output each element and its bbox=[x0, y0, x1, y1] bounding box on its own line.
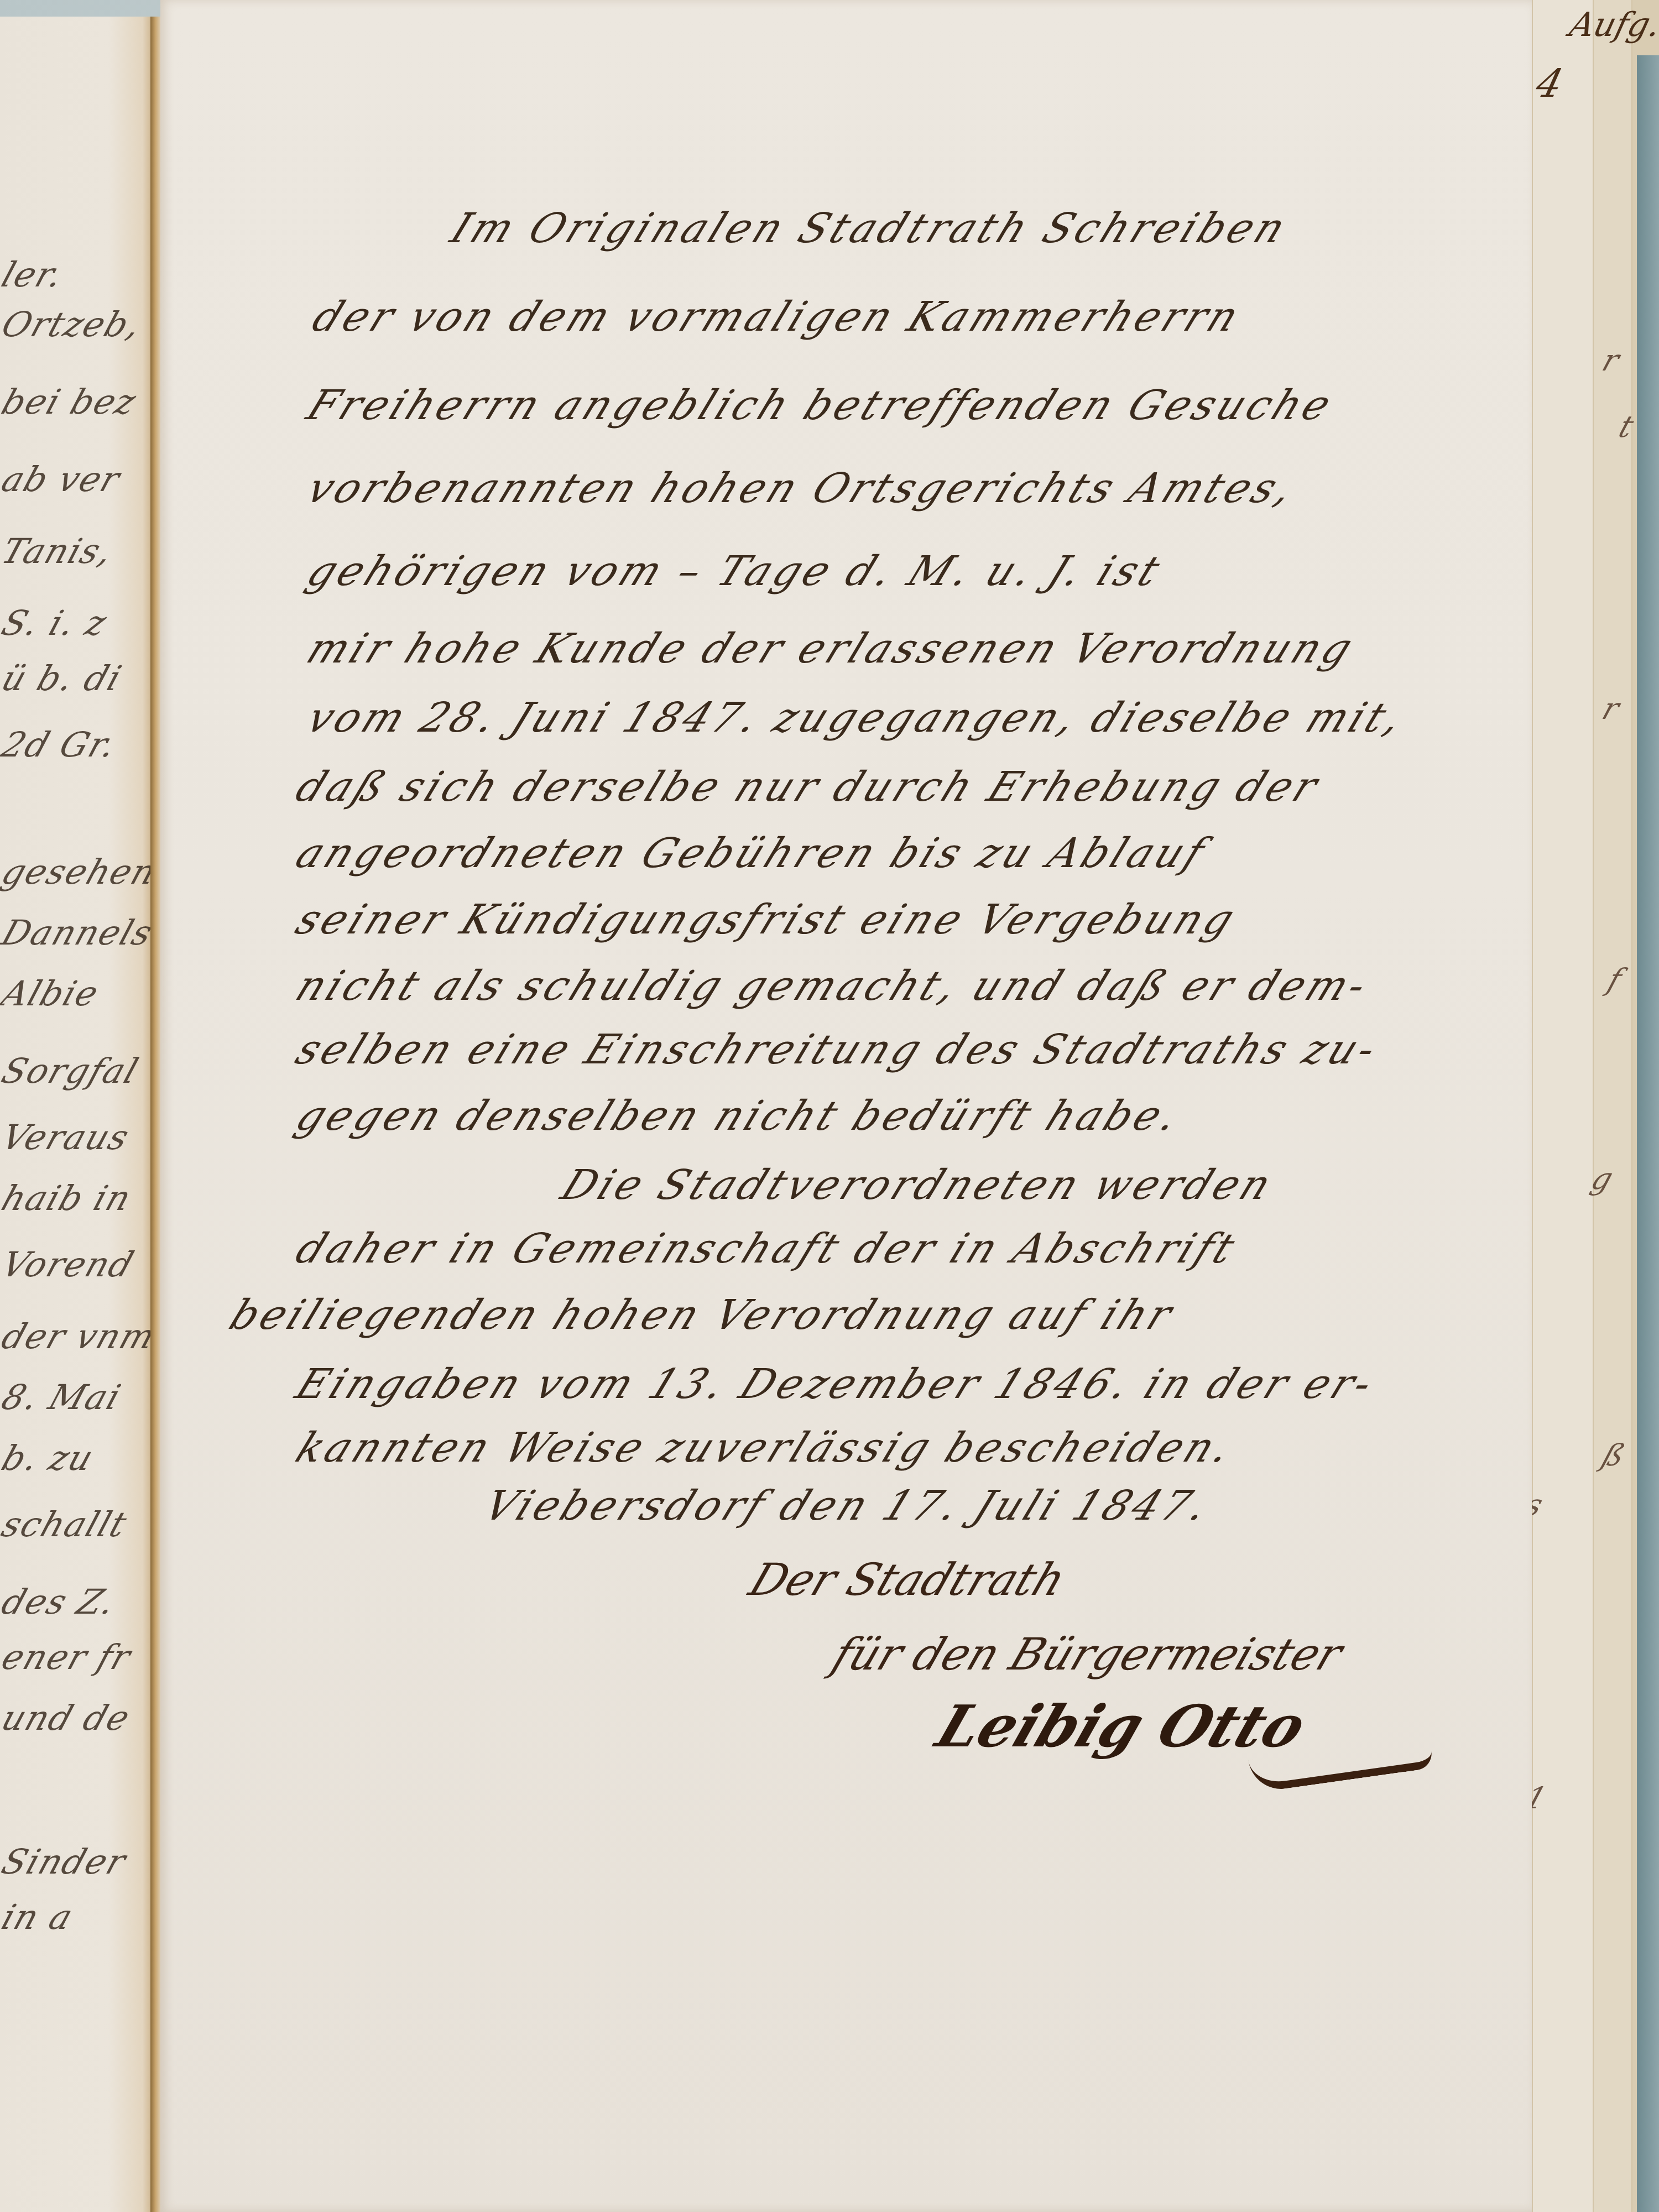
body-line: Freiherrn angeblich betreffenden Gesuche bbox=[300, 382, 1342, 429]
body-line: daß sich derselbe nur durch Erhebung der bbox=[289, 763, 1328, 811]
binder-edge bbox=[1637, 55, 1659, 2212]
body-line: Im Originalen Stadtrath Schreiben bbox=[444, 205, 1296, 252]
left-fragment: 2d Gr. bbox=[0, 724, 122, 765]
underlying-sheet bbox=[1532, 0, 1599, 2212]
left-fragment: Ortzeb, bbox=[0, 304, 147, 345]
left-fragment: ab ver bbox=[0, 459, 126, 499]
body-line: beiliegenden hohen Verordnung auf ihr bbox=[223, 1291, 1182, 1339]
body-line: vom 28. Juni 1847. zugegangen, dieselbe … bbox=[300, 694, 1413, 742]
body-line: mir hohe Kunde der erlassenen Verordnung bbox=[300, 625, 1363, 672]
signature: Leibig Otto bbox=[928, 1692, 1316, 1760]
left-fragment: Sorgfal bbox=[0, 1051, 144, 1091]
left-fragment: ler. bbox=[0, 254, 69, 295]
body-line: nicht als schuldig gemacht, und daß er d… bbox=[289, 962, 1377, 1010]
left-fragment: Albie bbox=[0, 973, 105, 1014]
left-fragment: ener fr bbox=[0, 1637, 137, 1677]
closing-line: Der Stadtrath bbox=[743, 1554, 1073, 1605]
left-fragment: 8. Mai bbox=[0, 1377, 127, 1417]
left-fragment: in a bbox=[0, 1897, 79, 1937]
body-line: der von dem vormaligen Kammerherrn bbox=[306, 293, 1249, 341]
left-fragment: Vorend bbox=[0, 1244, 139, 1285]
left-fragment: haib in bbox=[0, 1178, 137, 1218]
body-line: angeordneten Gebühren bis zu Ablauf bbox=[289, 830, 1214, 877]
body-line: gehörigen vom – Tage d. M. u. J. ist bbox=[300, 547, 1170, 595]
date-line: Viebersdorf den 17. Juli 1847. bbox=[477, 1482, 1219, 1530]
left-fragment: Veraus bbox=[0, 1117, 135, 1157]
body-line: seiner Kündigungsfrist eine Vergebung bbox=[289, 896, 1245, 943]
left-fragment: der vnm bbox=[0, 1316, 155, 1357]
left-fragment: Tanis, bbox=[0, 531, 119, 571]
body-line: selben eine Einschreitung des Stadtraths… bbox=[289, 1026, 1387, 1073]
left-fragment: b. zu bbox=[0, 1438, 100, 1478]
corner-annotation: Aufg. bbox=[1566, 6, 1659, 44]
closing-line: für den Bürgermeister bbox=[826, 1629, 1349, 1680]
body-line: gegen denselben nicht bedürft habe. bbox=[289, 1092, 1189, 1140]
left-fragment: und de bbox=[0, 1698, 136, 1738]
body-line: vorbenannten hohen Ortsgerichts Amtes, bbox=[300, 465, 1304, 512]
left-fragment: gesehen bbox=[0, 852, 155, 892]
left-fragment: bei bez bbox=[0, 382, 142, 422]
left-page: ler. Ortzeb, bei bez ab ver Tanis, S. i.… bbox=[0, 17, 155, 2212]
body-line: Die Stadtverordneten werden bbox=[555, 1161, 1281, 1209]
body-line: daher in Gemeinschaft der in Abschrift bbox=[289, 1225, 1245, 1272]
left-fragment: Sinder bbox=[0, 1841, 132, 1882]
left-fragment: schallt bbox=[0, 1504, 133, 1545]
left-fragment: des Z. bbox=[0, 1582, 121, 1622]
left-fragment: ü b. di bbox=[0, 658, 127, 698]
left-fragment: S. i. z bbox=[0, 603, 112, 643]
body-line: kannten Weise zuverlässig bescheiden. bbox=[289, 1424, 1241, 1472]
left-fragment: Dannels bbox=[0, 912, 155, 953]
body-line: Eingaben vom 13. Dezember 1846. in der e… bbox=[289, 1360, 1383, 1408]
